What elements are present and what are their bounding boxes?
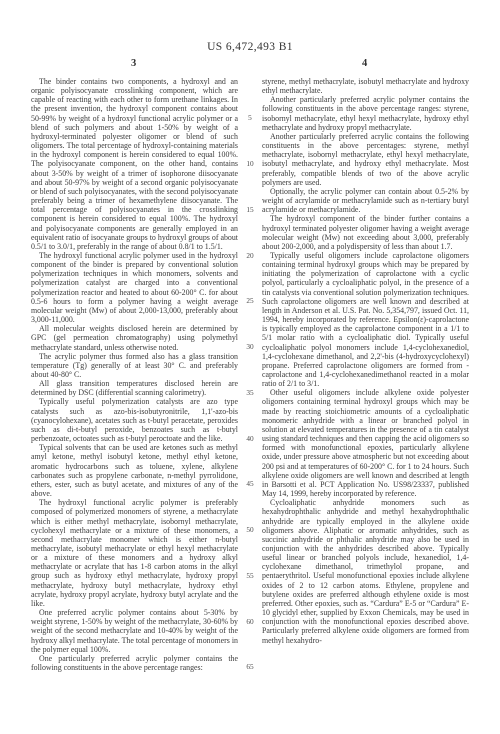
paragraph: All molecular weights disclosed herein a… (31, 324, 238, 351)
line-number: 15 (243, 205, 257, 214)
patent-number-header: US 6,472,493 B1 (0, 41, 500, 53)
paragraph: Typically useful oligomers include capro… (262, 251, 469, 388)
line-number: 35 (243, 388, 257, 397)
line-number: 50 (243, 525, 257, 534)
line-number: 25 (243, 296, 257, 305)
paragraph: The hydroxyl component of the binder fur… (262, 214, 469, 251)
paragraph: Typically useful polymerization catalyst… (31, 397, 238, 443)
line-number: 45 (243, 479, 257, 488)
line-number: 55 (243, 571, 257, 580)
right-column: styrene, methyl methacrylate, isobutyl m… (262, 77, 469, 672)
line-number: 30 (243, 342, 257, 351)
paragraph: One particularly preferred acrylic polym… (31, 654, 238, 672)
left-column: The binder contains two components, a hy… (31, 77, 238, 672)
paragraph: Another particularly preferred acrylic c… (262, 132, 469, 187)
paragraph: The acrylic polymer thus formed also has… (31, 352, 238, 379)
line-number: 20 (243, 251, 257, 260)
paragraph: Other useful oligomers include alkylene … (262, 388, 469, 498)
paragraph: Typical solvents that can be used are ke… (31, 443, 238, 498)
paragraph: The hydroxyl functional acrylic polymer … (31, 498, 238, 608)
paragraph: The binder contains two components, a hy… (31, 77, 238, 251)
paragraph: Another particularly preferred acrylic p… (262, 95, 469, 132)
paragraph: All glass transition temperatures disclo… (31, 379, 238, 397)
line-number: 65 (243, 662, 257, 671)
patent-page: US 6,472,493 B1 3 4 The binder contains … (0, 0, 500, 734)
paragraph: One preferred acrylic polymer contains a… (31, 608, 238, 654)
line-number: 5 (243, 113, 257, 122)
paragraph: The hydroxyl functional acrylic polymer … (31, 251, 238, 324)
column-number-left: 3 (131, 58, 136, 69)
line-number: 60 (243, 617, 257, 626)
line-number: 10 (243, 159, 257, 168)
line-number: 40 (243, 434, 257, 443)
paragraph-continuation: styrene, methyl methacrylate, isobutyl m… (262, 77, 469, 95)
paragraph: Optionally, the acrylic polymer can cont… (262, 187, 469, 214)
paragraph: Cycloaliphatic anhydride monomers such a… (262, 498, 469, 645)
column-number-right: 4 (362, 58, 367, 69)
